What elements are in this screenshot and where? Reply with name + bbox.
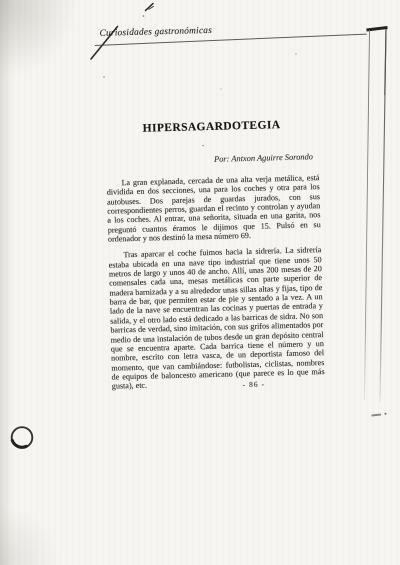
page-number: - 86 - [243,380,266,390]
printed-content: Curiosidades gastronómicas HIPERSAGARDOT… [0,0,400,565]
article-body: La gran explanada, cercada de una alta v… [106,173,325,398]
scanned-book-page: Curiosidades gastronómicas HIPERSAGARDOT… [0,0,400,565]
running-header: Curiosidades gastronómicas [99,26,212,39]
article-title: HIPERSAGARDOTEGIA [105,118,318,136]
paragraph-1: La gran explanada, cercada de una alta v… [106,173,321,244]
paragraph-2: Tras aparcar el coche fuimos hacia la si… [108,246,325,392]
article-byline: Por: Antxon Aguirre Sorondo [106,152,313,166]
